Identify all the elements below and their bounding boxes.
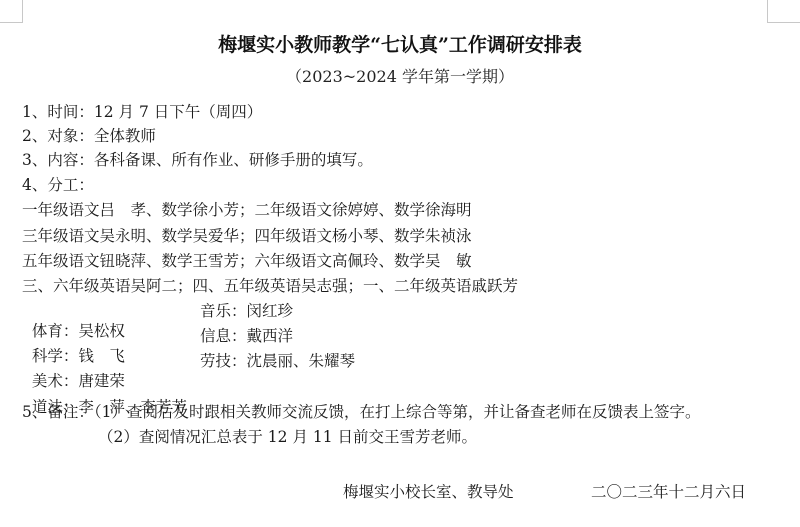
- subject-right: 劳技：沈晨丽、朱耀琴: [200, 351, 355, 371]
- subject-right: 音乐：闵红珍: [200, 301, 293, 321]
- footer-issuer: 梅堰实小校长室、教导处: [343, 480, 514, 502]
- document-title: 梅堰实小教师教学“七认真”工作调研安排表: [0, 30, 800, 57]
- item-content: 3、内容：各科备课、所有作业、研修手册的填写。: [22, 150, 373, 170]
- subject-right: 信息：戴西洋: [200, 326, 293, 346]
- item-division-heading: 4、分工：: [22, 175, 94, 195]
- item-time: 1、时间：12 月 7 日下午（周四）: [22, 102, 262, 122]
- crop-mark-top-left: [0, 0, 23, 23]
- footer-date: 二〇二三年十二月六日: [591, 480, 746, 502]
- division-line: 三、六年级英语吴阿二；四、五年级英语吴志强；一、二年级英语戚跃芳: [22, 276, 518, 296]
- note-1: 5、备注：（1）查阅后及时跟相关教师交流反馈，在打上综合等第，并让备查老师在反馈…: [22, 402, 700, 422]
- division-line: 三年级语文吴永明、数学吴爱华；四年级语文杨小琴、数学朱祯泳: [22, 226, 472, 246]
- document-subtitle: （2023~2024 学年第一学期）: [0, 64, 800, 87]
- division-line: 一年级语文吕 孝、数学徐小芳；二年级语文徐婷婷、数学徐海明: [22, 200, 472, 220]
- note-2: （2）查阅情况汇总表于 12 月 11 日前交王雪芳老师。: [98, 427, 477, 447]
- division-line: 五年级语文钮晓萍、数学王雪芳；六年级语文高佩玲、数学吴 敏: [22, 251, 472, 271]
- item-target: 2、对象：全体教师: [22, 126, 156, 146]
- crop-mark-top-right: [767, 0, 800, 23]
